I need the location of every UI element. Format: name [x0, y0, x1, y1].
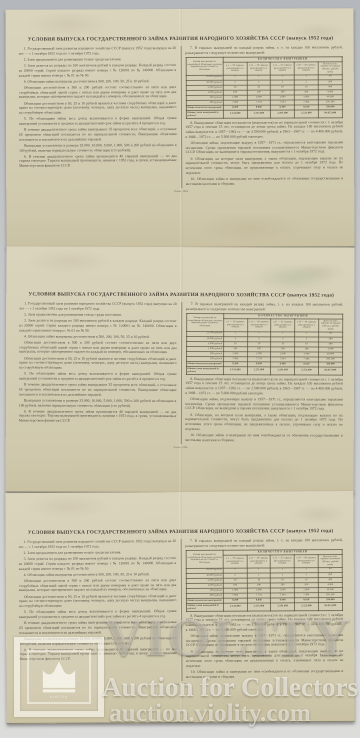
document-sheet-1: УСЛОВИЯ ВЫПУСКА ГОСУДАРСТВЕННОГО ЗАЙМА Р…: [5, 8, 354, 249]
cell: 2.221.800: [295, 367, 319, 375]
paragraph-5: 5. По облигациям займа весь доход выплач…: [19, 372, 177, 382]
paragraph-10: 10. Облигации займа и выигрыши по ним ос…: [186, 176, 344, 186]
printer-imprint: Гознак. 1952.: [19, 190, 343, 194]
printer-imprint: Гознак. 1952.: [19, 446, 343, 450]
total-sum-label: Общая сумма выигрышей (в рублях): [186, 111, 224, 119]
winnings-table: Размер выигрышей на сторублёвую облигаци…: [185, 313, 343, 375]
paragraph-5a: В течение двадцатилетнего срока займа вы…: [19, 620, 177, 635]
paragraph-2: 2. Заем предназначен для размещения толь…: [19, 550, 177, 556]
col-header: в 21 — 30 тиражах разыгрывается в каждом: [247, 319, 271, 332]
paragraph-4a: Облигации достоинством в 500 и 200 рубле…: [19, 341, 177, 356]
cell: 84.872.000: [318, 603, 342, 611]
col-header: Всего во всех тиражах на каждые 100 мил.…: [318, 62, 342, 75]
col-header: в 1 — 20 тиражах разыгрывается в каждом: [223, 62, 247, 75]
cell: 2.141.800: [224, 367, 248, 375]
paragraph-4: 4. Облигации займа выпущены достоинством…: [19, 572, 177, 578]
total-sum-row: Общая сумма выигрышей (в рублях) 2.141.8…: [186, 110, 343, 118]
paragraph-2: 2. Заем предназначен для размещения толь…: [19, 312, 177, 317]
paragraph-2: 2. Заем предназначен для размещения толь…: [19, 57, 177, 62]
paragraph-1: 1. Государственный заем развития народно…: [19, 301, 177, 311]
paragraph-4: 4. Облигации займа выпущены достоинством…: [19, 334, 177, 339]
cell: 2.141.800: [223, 110, 247, 118]
paragraph-4a: Облигации достоинством в 500 и 200 рубле…: [19, 85, 177, 100]
right-column: 7. В тиражах выигрышей на каждый разряд …: [180, 302, 343, 444]
cell: 2.271.800: [247, 603, 271, 611]
paragraph-6: 6. В течение двадцатилетнего срока займа…: [19, 409, 177, 424]
paragraph-1: 1. Государственный заем развития народно…: [19, 46, 177, 56]
paragraph-4: 4. Облигации займа выпущены достоинством…: [19, 79, 177, 84]
paragraph-4b: Облигации достоинством в 50, 25 и 10 руб…: [19, 356, 177, 371]
document-title: УСЛОВИЯ ВЫПУСКА ГОСУДАРСТВЕННОГО ЗАЙМА Р…: [19, 529, 343, 536]
cell: 84.872.000: [318, 110, 342, 118]
col-header: в 36 — 40 тиражах разыгрывается в каждом: [294, 62, 318, 75]
paragraph-5a: В течение двадцатилетнего срока займа вы…: [19, 127, 177, 142]
paragraph-8a: Облигации займа, подлежащие выкупу в 195…: [186, 140, 344, 155]
paragraph-6: 6. В течение двадцатилетнего срока займа…: [19, 154, 177, 169]
document-columns: 1. Государственный заем развития народно…: [19, 538, 344, 682]
loan-terms-document: УСЛОВИЯ ВЫПУСКА ГОСУДАРСТВЕННОГО ЗАЙМА Р…: [19, 36, 344, 194]
faded-stamp-mark: [252, 263, 336, 291]
paragraph-5: 5. По облигациям займа весь доход выплач…: [19, 609, 177, 619]
cell: 2.141.800: [224, 603, 248, 611]
cell: 2.191.800: [271, 367, 295, 375]
document-sheet-3: УСЛОВИЯ ВЫПУСКА ГОСУДАРСТВЕННОГО ЗАЙМА Р…: [5, 491, 354, 724]
col-header: в 21 — 30 тиражах разыгрывается в каждом: [247, 62, 271, 75]
paragraph-8: 8. Выигравшие облигации погашаются (выку…: [185, 120, 343, 139]
loan-terms-document: УСЛОВИЯ ВЫПУСКА ГОСУДАРСТВЕННОГО ЗАЙМА Р…: [19, 292, 344, 449]
document-columns: 1. Государственный заем развития народно…: [19, 45, 344, 188]
col-header: в 36 — 40 тиражах разыгрывается в каждом: [295, 319, 319, 332]
total-sum-label: Общая сумма выигрышей (в рублях): [186, 604, 224, 612]
document-title: УСЛОВИЯ ВЫПУСКА ГОСУДАРСТВЕННОГО ЗАЙМА Р…: [19, 36, 343, 42]
paragraph-3: 3. Заем делится на разряды по 100 миллио…: [19, 556, 177, 571]
printer-imprint: Гознак. 1952.: [19, 682, 343, 687]
col-header: Всего во всех тиражах на каждые 100 мил.…: [318, 555, 342, 568]
col-header: в 31 — 35 тиражах разыгрывается в каждом: [270, 555, 294, 568]
paragraph-10: 10. Облигации займа и выигрыши по ним ос…: [185, 433, 343, 443]
table-col0-header: Размер выигрышей на сторублёвую облигаци…: [186, 550, 224, 568]
col-header: в 31 — 35 тиражах разыгрывается в каждом: [271, 62, 295, 75]
paragraph-1: 1. Государственный заем развития народно…: [19, 539, 177, 549]
col-header: в 1 — 20 тиражах разыгрывается в каждом: [224, 319, 248, 332]
cell: 2.191.800: [271, 603, 295, 611]
paragraph-7: 7. В тиражах выигрышей на каждый разряд …: [186, 302, 344, 312]
document-title: УСЛОВИЯ ВЫПУСКА ГОСУДАРСТВЕННОГО ЗАЙМА Р…: [19, 292, 343, 298]
winnings-table: Размер выигрышей на сторублёвую облигаци…: [185, 549, 343, 612]
paragraph-8: 8. Выигравшие облигации погашаются (выку…: [186, 613, 344, 633]
paragraph-7: 7. В тиражах выигрышей на каждый разряд …: [185, 538, 343, 548]
paragraph-8a: Облигации займа, подлежащие выкупу в 195…: [186, 633, 344, 648]
paragraph-7: 7. В тиражах выигрышей на каждый разряд …: [185, 45, 343, 55]
col-header: в 21 — 30 тиражах разыгрывается в каждом: [247, 555, 271, 568]
paragraph-4a: Облигации достоинством в 500 и 200 рубле…: [19, 578, 177, 593]
document-columns: 1. Государственный заем развития народно…: [19, 301, 343, 444]
document-sheet-2: УСЛОВИЯ ВЫПУСКА ГОСУДАРСТВЕННОГО ЗАЙМА Р…: [6, 246, 355, 493]
paragraph-4b: Облигации достоинством в 50, 25 и 10 руб…: [19, 594, 177, 609]
total-sum-label: Общая сумма выигрышей (в рублях): [186, 367, 224, 375]
paragraph-10: 10. Облигации займа и выигрыши по ним ос…: [186, 669, 344, 679]
paragraph-3: 3. Заем делится на разряды по 100 миллио…: [19, 63, 177, 78]
left-column: 1. Государственный заем развития народно…: [19, 301, 181, 443]
table-col0-header: Размер выигрышей на сторублёвую облигаци…: [186, 57, 224, 75]
loan-terms-document: УСЛОВИЯ ВЫПУСКА ГОСУДАРСТВЕННОГО ЗАЙМА Р…: [19, 529, 344, 687]
cell: 2.271.800: [247, 367, 271, 375]
left-column: 1. Государственный заем развития народно…: [19, 539, 181, 682]
left-column: 1. Государственный заем развития народно…: [19, 46, 181, 189]
cell: 2.271.800: [247, 110, 271, 118]
right-column: 7. В тиражах выигрышей на каждый разряд …: [180, 45, 343, 188]
paragraph-8a: Облигации займа, подлежащие выкупу в 195…: [185, 397, 343, 412]
total-sum-row: Общая сумма выигрышей (в рублях) 2.141.8…: [186, 603, 343, 611]
paragraph-4b: Облигации достоинством в 50, 25 и 10 руб…: [19, 101, 177, 116]
col-header: в 31 — 35 тиражах разыгрывается в каждом: [271, 319, 295, 332]
cell: 2.221.800: [295, 603, 319, 611]
paragraph-9: 9. Облигации, на которые пали выигрыши, …: [186, 649, 344, 669]
paragraph-5b: Выигрыши установлены в размере 25.000, 1…: [19, 636, 177, 646]
cell: 84.872.000: [318, 367, 342, 375]
paragraph-5b: Выигрыши установлены в размере 25.000, 1…: [19, 398, 177, 408]
col-header: Всего во всех тиражах на каждые 100 мил.…: [318, 319, 342, 332]
paragraph-5: 5. По облигациям займа весь доход выплач…: [19, 116, 177, 126]
cell: 2.221.800: [294, 110, 318, 118]
paragraph-5a: В течение двадцатилетнего срока займа вы…: [19, 383, 177, 398]
paragraph-3: 3. Заем делится на разряды по 100 миллио…: [19, 319, 177, 334]
table-col0-header: Размер выигрышей на сторублёвую облигаци…: [186, 313, 224, 331]
cell: 2.191.800: [271, 110, 295, 118]
paragraph-6: 6. В течение двадцатилетнего срока займа…: [19, 647, 177, 662]
paragraph-8: 8. Выигравшие облигации погашаются (выку…: [185, 377, 343, 396]
right-column: 7. В тиражах выигрышей на каждый разряд …: [180, 538, 343, 681]
col-header: в 1 — 20 тиражах разыгрывается в каждом: [223, 555, 247, 568]
paragraph-5b: Выигрыши установлены в размере 25.000, 1…: [19, 143, 177, 153]
paragraph-9: 9. Облигации, на которые пали выигрыши, …: [185, 413, 343, 432]
paragraph-9: 9. Облигации, на которые пали выигрыши, …: [186, 156, 344, 175]
total-sum-row: Общая сумма выигрышей (в рублях) 2.141.8…: [186, 367, 343, 375]
winnings-table: Размер выигрышей на сторублёвую облигаци…: [185, 56, 343, 118]
col-header: в 36 — 40 тиражах разыгрывается в каждом: [294, 555, 318, 568]
